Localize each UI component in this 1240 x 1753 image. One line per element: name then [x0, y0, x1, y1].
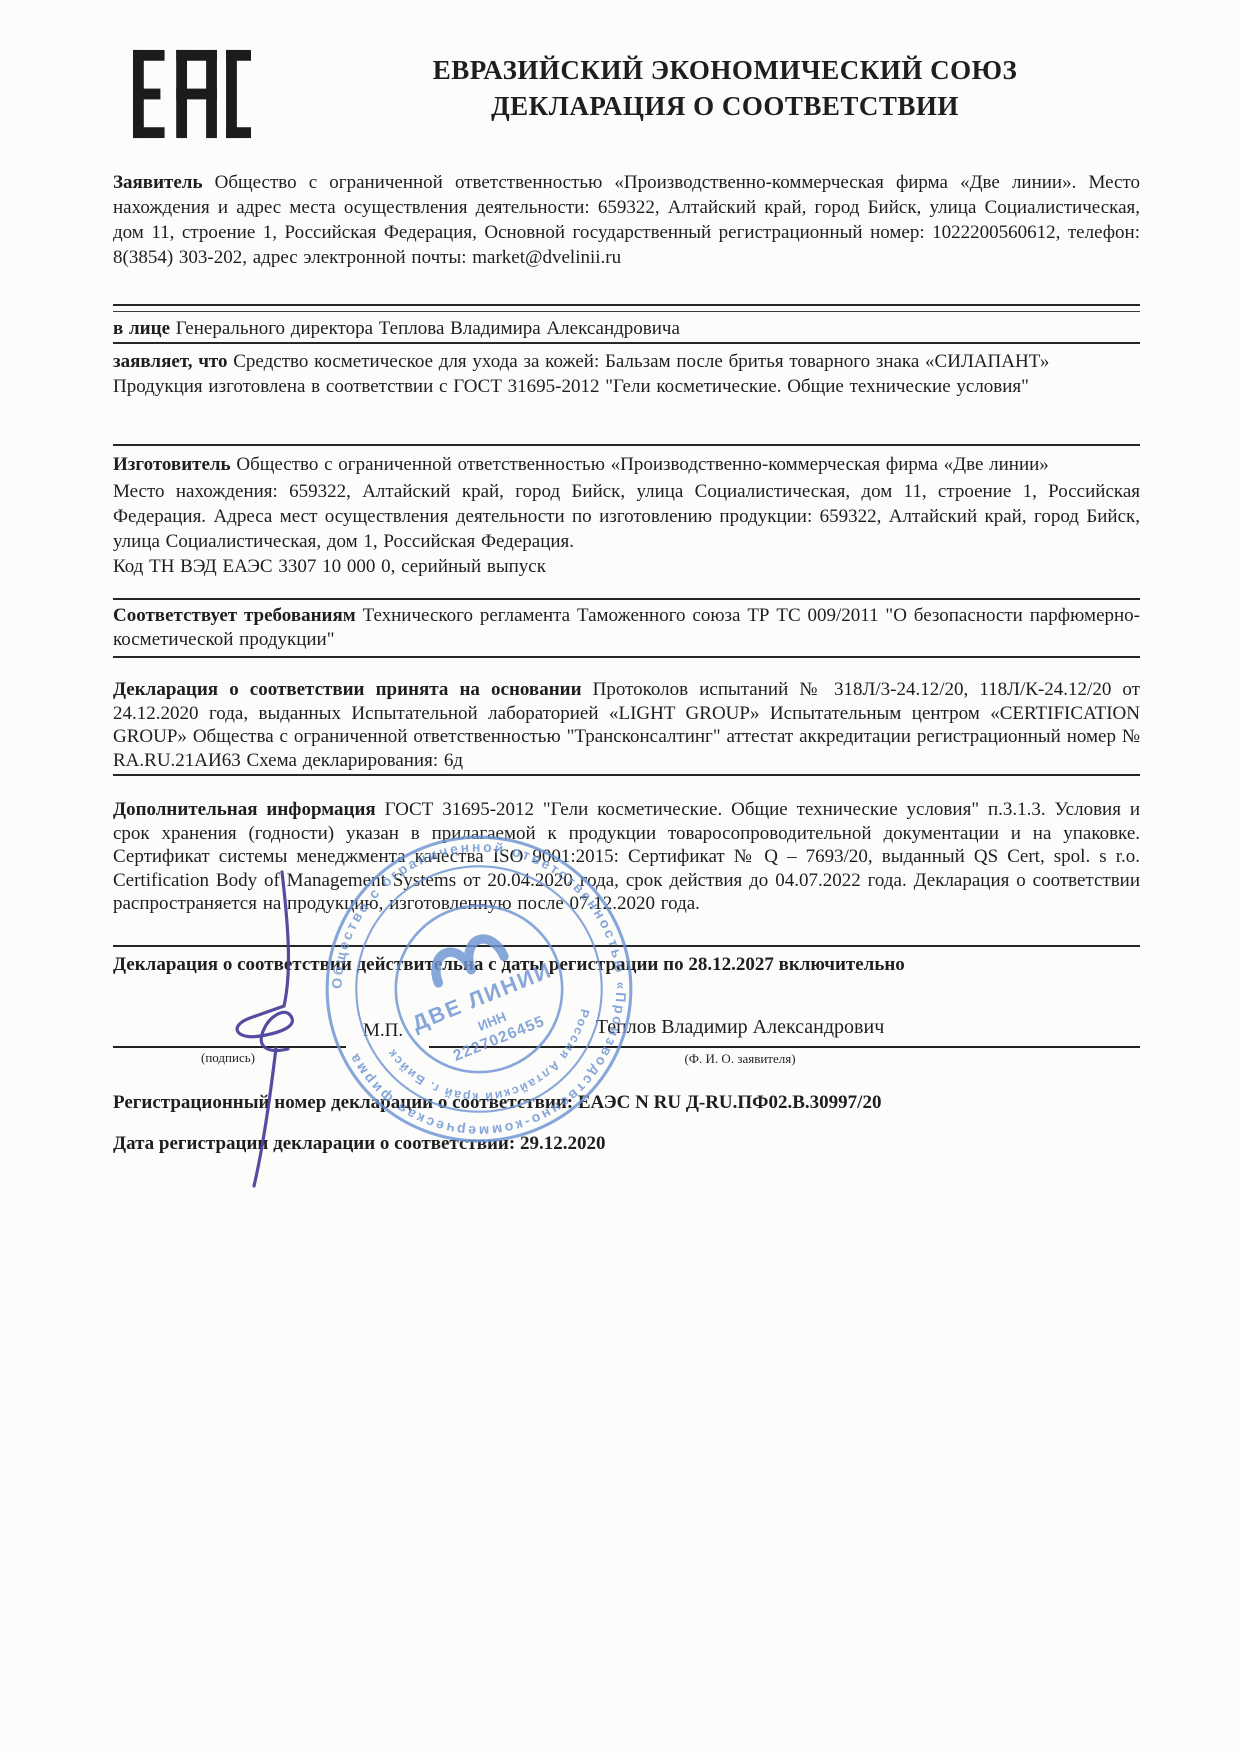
title-line-1: ЕВРАЗИЙСКИЙ ЭКОНОМИЧЕСКИЙ СОЮЗ — [255, 52, 1195, 88]
manufacturer-label: Изготовитель — [113, 454, 231, 475]
basis-label: Декларация о соответствии принята на осн… — [113, 679, 582, 700]
section-divider — [113, 598, 1140, 600]
manufacturer-address: Место нахождения: 659322, Алтайский край… — [113, 479, 1140, 554]
additional-label: Дополнительная информация — [113, 799, 376, 820]
declaration-document: ЕВРАЗИЙСКИЙ ЭКОНОМИЧЕСКИЙ СОЮЗ ДЕКЛАРАЦИ… — [0, 0, 1240, 1753]
complies-paragraph: Соответствует требованиям Технического р… — [113, 604, 1140, 652]
document-title: ЕВРАЗИЙСКИЙ ЭКОНОМИЧЕСКИЙ СОЮЗ ДЕКЛАРАЦИ… — [255, 52, 1195, 124]
stamp-logo-icon — [429, 933, 504, 983]
complies-label: Соответствует требованиям — [113, 605, 356, 626]
section-declares: заявляет, что Средство косметическое для… — [113, 351, 1140, 398]
section-complies: Соответствует требованиям Технического р… — [113, 604, 1140, 652]
in-person-label: в лице — [113, 318, 170, 339]
applicant-paragraph: Заявитель Общество с ограниченной ответс… — [113, 170, 1140, 270]
section-basis: Декларация о соответствии принята на осн… — [113, 678, 1140, 772]
manufacturer-text: Общество с ограниченной ответственностью… — [236, 454, 1048, 475]
section-divider — [113, 444, 1140, 446]
applicant-text: Общество с ограниченной ответственностью… — [113, 172, 1140, 268]
section-divider — [113, 304, 1140, 312]
section-manufacturer: Изготовитель Общество с ограниченной отв… — [113, 452, 1140, 579]
company-stamp: Общество с ограниченной ответственностью… — [323, 833, 635, 1145]
basis-paragraph: Декларация о соответствии принята на осн… — [113, 678, 1140, 772]
section-divider — [113, 774, 1140, 776]
in-person-text: Генерального директора Теплова Владимира… — [176, 318, 680, 339]
applicant-label: Заявитель — [113, 172, 203, 193]
tnved-code: Код ТН ВЭД ЕАЭС 3307 10 000 0, серийный … — [113, 554, 1140, 579]
section-in-person: в лице Генерального директора Теплова Вл… — [113, 316, 1140, 341]
section-divider — [113, 342, 1140, 344]
handwritten-signature — [204, 866, 354, 1191]
manufacturer-paragraph: Изготовитель Общество с ограниченной отв… — [113, 452, 1140, 477]
section-applicant: Заявитель Общество с ограниченной ответс… — [113, 170, 1140, 270]
in-person-paragraph: в лице Генерального директора Теплова Вл… — [113, 316, 1140, 341]
eac-logo-icon — [133, 44, 251, 144]
declares-label: заявляет, что — [113, 351, 228, 372]
title-line-2: ДЕКЛАРАЦИЯ О СООТВЕТСТВИИ — [255, 88, 1195, 124]
declares-paragraph: заявляет, что Средство косметическое для… — [113, 351, 1140, 373]
section-divider — [113, 656, 1140, 658]
declares-text: Средство косметическое для ухода за коже… — [233, 351, 1049, 372]
declares-extra-paragraph: Продукция изготовлена в соответствии с Г… — [113, 376, 1140, 398]
